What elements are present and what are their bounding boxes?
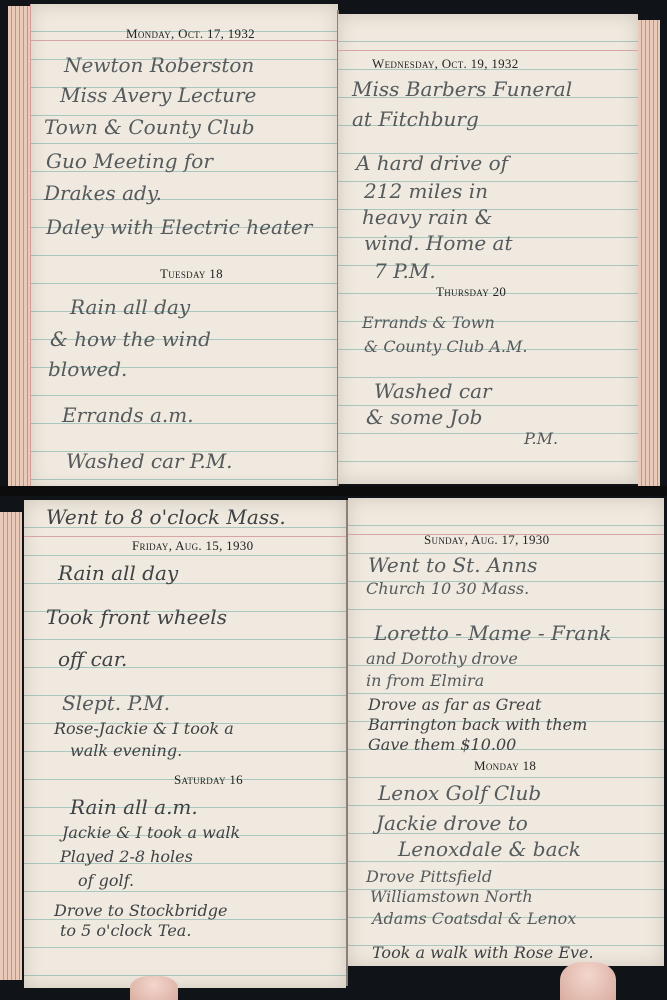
entry-line: Guo Meeting for — [46, 148, 213, 175]
thumb-right — [560, 962, 616, 1000]
entry-line: Town & County Club — [44, 114, 255, 141]
entry-line: off car. — [58, 646, 127, 673]
entry-line: Drove Pittsfield — [366, 866, 492, 888]
entry-line: Church 10 30 Mass. — [366, 578, 529, 600]
entry-line: & some Job — [366, 404, 482, 431]
entry-line: and Dorothy drove — [366, 648, 518, 670]
page-edges-left — [0, 512, 22, 980]
entry-line: Errands & Town — [362, 312, 495, 334]
date-heading: Wednesday, Oct. 19, 1932 — [372, 56, 519, 72]
entry-line: Miss Avery Lecture — [60, 82, 256, 109]
entry-line: Rain all day — [58, 560, 178, 587]
diary-spread-1930: Went to 8 o'clock Mass. Friday, Aug. 15,… — [0, 494, 667, 990]
diary-spread-1932: Monday, Oct. 17, 1932 Newton Roberston M… — [8, 0, 660, 492]
entry-line: Slept. P.M. — [62, 690, 170, 717]
entry-line: Adams Coatsdal & Lenox — [372, 908, 576, 930]
entry-line: Williamstown North — [370, 886, 533, 908]
entry-line: walk evening. — [70, 740, 182, 762]
entry-line: Daley with Electric heater — [46, 214, 312, 241]
page-edges-left — [8, 6, 30, 486]
entry-line: at Fitchburg — [352, 106, 479, 133]
entry-line: blowed. — [48, 356, 127, 383]
thumb-left — [130, 976, 178, 1000]
entry-line: Washed car — [374, 378, 492, 405]
entry-line: Drakes ady. — [44, 180, 162, 207]
entry-line: Gave them $10.00 — [368, 734, 516, 756]
entry-line: Lenoxdale & back — [398, 836, 581, 863]
entry-line: wind. Home at — [364, 230, 513, 257]
entry-line: heavy rain & — [362, 204, 493, 231]
entry-line: Newton Roberston — [64, 52, 254, 79]
entry-line: in from Elmira — [366, 670, 484, 692]
entry-line: Barrington back with them — [368, 714, 587, 736]
date-heading: Friday, Aug. 15, 1930 — [132, 538, 253, 554]
entry-line: P.M. — [524, 428, 558, 450]
date-heading: Monday, Oct. 17, 1932 — [126, 26, 255, 42]
entry-line: Played 2-8 holes — [60, 846, 193, 868]
diary-page-aug-15-16: Went to 8 o'clock Mass. Friday, Aug. 15,… — [24, 500, 346, 988]
entry-line: Lenox Golf Club — [378, 780, 541, 807]
entry-line: Loretto - Mame - Frank — [374, 620, 611, 647]
entry-line: of golf. — [78, 870, 134, 892]
diary-page-oct-19-20: Wednesday, Oct. 19, 1932 Miss Barbers Fu… — [338, 14, 638, 484]
entry-line: Jackie & I took a walk — [62, 822, 240, 844]
date-heading: Tuesday 18 — [160, 266, 223, 282]
entry-line: A hard drive of — [356, 150, 508, 177]
date-heading: Monday 18 — [474, 758, 536, 774]
page-edges-right — [638, 20, 660, 486]
entry-line: & County Club A.M. — [364, 336, 527, 358]
diary-page-oct-17-18: Monday, Oct. 17, 1932 Newton Roberston M… — [30, 4, 338, 490]
entry-line: Washed car P.M. — [66, 448, 233, 475]
entry-line: Drove to Stockbridge — [54, 900, 228, 922]
entry-line: Drove as far as Great — [368, 694, 541, 716]
entry-line: Went to St. Anns — [368, 552, 537, 579]
entry-line: Jackie drove to — [376, 810, 528, 837]
date-heading: Saturday 16 — [174, 772, 243, 788]
entry-line: Miss Barbers Funeral — [352, 76, 572, 103]
diary-page-aug-17-18: Sunday, Aug. 17, 1930 Went to St. Anns C… — [348, 498, 664, 966]
entry-line: Rose-Jackie & I took a — [54, 718, 234, 740]
entry-line: Rain all day — [70, 294, 190, 321]
entry-line: 7 P.M. — [374, 258, 436, 285]
date-heading: Thursday 20 — [436, 284, 506, 300]
entry-line: & how the wind — [50, 326, 211, 353]
header-note: Went to 8 o'clock Mass. — [46, 504, 286, 531]
date-heading: Sunday, Aug. 17, 1930 — [424, 532, 549, 548]
entry-line: Took a walk with Rose Eve. — [372, 942, 594, 964]
entry-line: to 5 o'clock Tea. — [60, 920, 191, 942]
entry-line: Errands a.m. — [62, 402, 194, 429]
entry-line: Took front wheels — [46, 604, 227, 631]
entry-line: Rain all a.m. — [70, 794, 198, 821]
entry-line: 212 miles in — [364, 178, 488, 205]
